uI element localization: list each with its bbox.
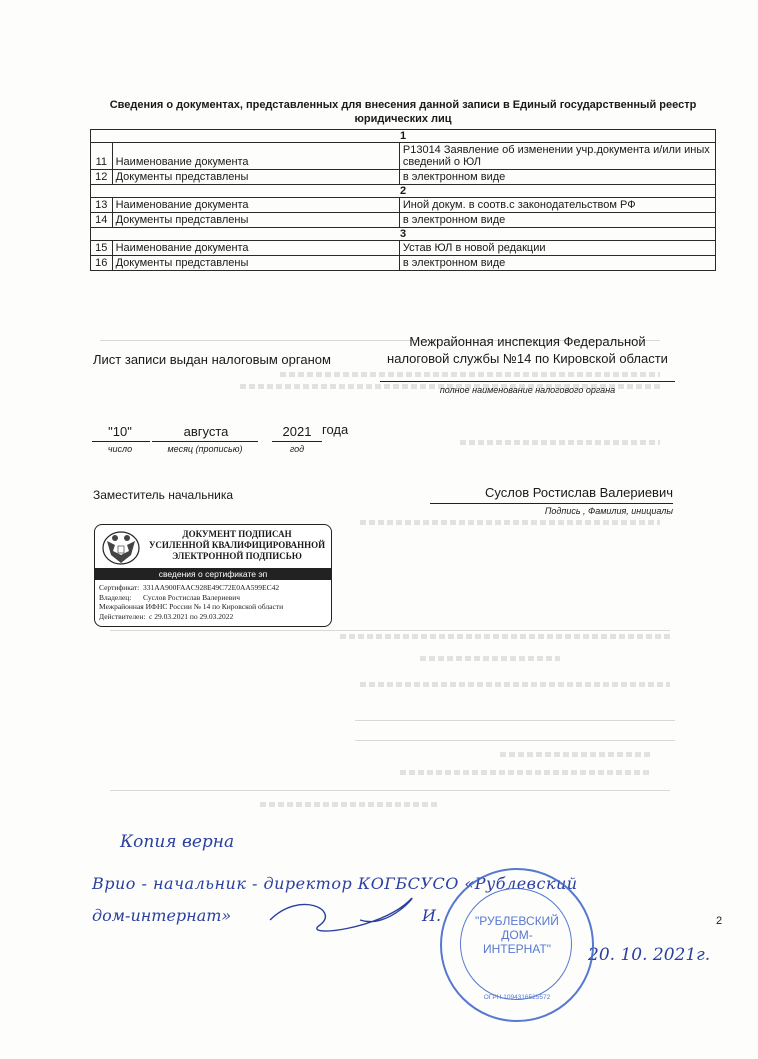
table-row: 16 Документы представлены в электронном …: [91, 256, 716, 271]
row-label: Наименование документа: [112, 241, 399, 256]
ghost-text: [260, 802, 440, 807]
underline: [152, 441, 258, 442]
underline: [380, 381, 675, 382]
ghost-line: [355, 740, 675, 741]
row-number: 16: [91, 256, 113, 271]
year-caption: год: [272, 444, 322, 454]
valid-label: Действителен:: [99, 612, 149, 622]
ghost-text: [400, 770, 650, 775]
section-title: Сведения о документах, представленных дл…: [88, 98, 718, 126]
coat-of-arms-icon: [99, 529, 143, 567]
signer-name: Суслов Ростислав Валериевич: [430, 485, 673, 500]
owner-name: Суслов Ростислав Валериевич: [143, 593, 240, 602]
underline: [92, 441, 150, 442]
ghost-line: [355, 720, 675, 721]
table-row: 11 Наименование документа Р13014 Заявлен…: [91, 143, 716, 170]
stamp-ogrn: ОГРН 1094316525572: [472, 994, 562, 1001]
esign-header-line: УСИЛЕННОЙ КВАЛИФИЦИРОВАННОЙ: [145, 540, 329, 551]
row-value: в электронном виде: [399, 256, 715, 271]
stamp-center-text: "РУБЛЕВСКИЙ ДОМ- ИНТЕРНАТ": [442, 914, 592, 956]
date-day: "10": [90, 424, 150, 439]
group-row: 3: [91, 228, 716, 241]
valid-period: с 29.03.2021 по 29.03.2022: [149, 612, 233, 621]
day-caption: число: [90, 444, 150, 454]
issuer-org: Межрайонная ИФНС России № 14 по Кировско…: [99, 602, 283, 612]
row-number: 13: [91, 198, 113, 213]
ghost-text: [360, 520, 660, 525]
signature-caption: Подпись , Фамилия, инициалы: [430, 506, 673, 516]
table-row: 15 Наименование документа Устав ЮЛ в нов…: [91, 241, 716, 256]
row-number: 11: [91, 143, 113, 170]
group-row: 2: [91, 185, 716, 198]
handwritten-copy-certified: Копия верна: [120, 832, 234, 852]
tax-authority-name: Межрайонная инспекция Федеральной налого…: [380, 333, 675, 367]
organization-stamp: "РУБЛЕВСКИЙ ДОМ- ИНТЕРНАТ" ОГРН 10943165…: [440, 868, 594, 1022]
row-label: Документы представлены: [112, 256, 399, 271]
ghost-text: [360, 682, 670, 687]
row-value: Иной докум. в соотв.с законодательством …: [399, 198, 715, 213]
row-number: 12: [91, 170, 113, 185]
date-year: 2021: [272, 424, 322, 439]
row-number: 15: [91, 241, 113, 256]
certificate-info-bar: сведения о сертификате эп: [95, 568, 331, 580]
date-month: августа: [152, 424, 260, 439]
row-value: Устав ЮЛ в новой редакции: [399, 241, 715, 256]
authority-caption: полное наименование налогового органа: [380, 385, 675, 395]
stamp-line: "РУБЛЕВСКИЙ: [442, 914, 592, 928]
ghost-text: [500, 752, 650, 757]
month-caption: месяц (прописью): [150, 444, 260, 454]
row-value: в электронном виде: [399, 170, 715, 185]
row-label: Наименование документа: [112, 198, 399, 213]
electronic-signature-block: ДОКУМЕНТ ПОДПИСАН УСИЛЕННОЙ КВАЛИФИЦИРОВ…: [94, 524, 332, 627]
page-number: 2: [716, 915, 722, 927]
owner-label: Владелец:: [99, 593, 143, 603]
ghost-line: [110, 790, 670, 791]
underline: [272, 441, 322, 442]
group-number: 1: [91, 130, 716, 143]
ghost-text: [460, 440, 660, 445]
row-label: Наименование документа: [112, 143, 399, 170]
table-row: 14 Документы представлены в электронном …: [91, 213, 716, 228]
esign-header-line: ЭЛЕКТРОННОЙ ПОДПИСЬЮ: [145, 551, 329, 562]
certificate-details: Сертификат:331AA900FAAC928E49C72E0AA599E…: [99, 583, 283, 621]
stamp-line: ДОМ-: [442, 928, 592, 942]
handwritten-org: дом-интернат»: [92, 906, 231, 925]
ghost-line: [110, 630, 670, 631]
ghost-text: [420, 656, 560, 661]
cert-serial: 331AA900FAAC928E49C72E0AA599EC42: [143, 583, 279, 592]
esign-header-line: ДОКУМЕНТ ПОДПИСАН: [145, 529, 329, 540]
table-row: 12 Документы представлены в электронном …: [91, 170, 716, 185]
underline: [430, 503, 673, 504]
handwritten-date: 20. 10. 2021г.: [588, 945, 710, 965]
handwritten-signature-icon: [260, 880, 440, 940]
ghost-text: [280, 372, 660, 377]
documents-table: 1 11 Наименование документа Р13014 Заявл…: [90, 129, 716, 271]
group-row: 1: [91, 130, 716, 143]
signer-position: Заместитель начальника: [93, 488, 233, 502]
ghost-text: [340, 634, 670, 639]
esign-header: ДОКУМЕНТ ПОДПИСАН УСИЛЕННОЙ КВАЛИФИЦИРОВ…: [145, 529, 329, 562]
row-number: 14: [91, 213, 113, 228]
row-value: в электронном виде: [399, 213, 715, 228]
group-number: 3: [91, 228, 716, 241]
group-number: 2: [91, 185, 716, 198]
issued-by-label: Лист записи выдан налоговым органом: [93, 352, 331, 367]
cert-label: Сертификат:: [99, 583, 143, 593]
table-row: 13 Наименование документа Иной докум. в …: [91, 198, 716, 213]
year-suffix: года: [322, 422, 348, 437]
stamp-line: ИНТЕРНАТ": [442, 942, 592, 956]
row-value: Р13014 Заявление об изменении учр.докуме…: [399, 143, 715, 170]
row-label: Документы представлены: [112, 170, 399, 185]
row-label: Документы представлены: [112, 213, 399, 228]
